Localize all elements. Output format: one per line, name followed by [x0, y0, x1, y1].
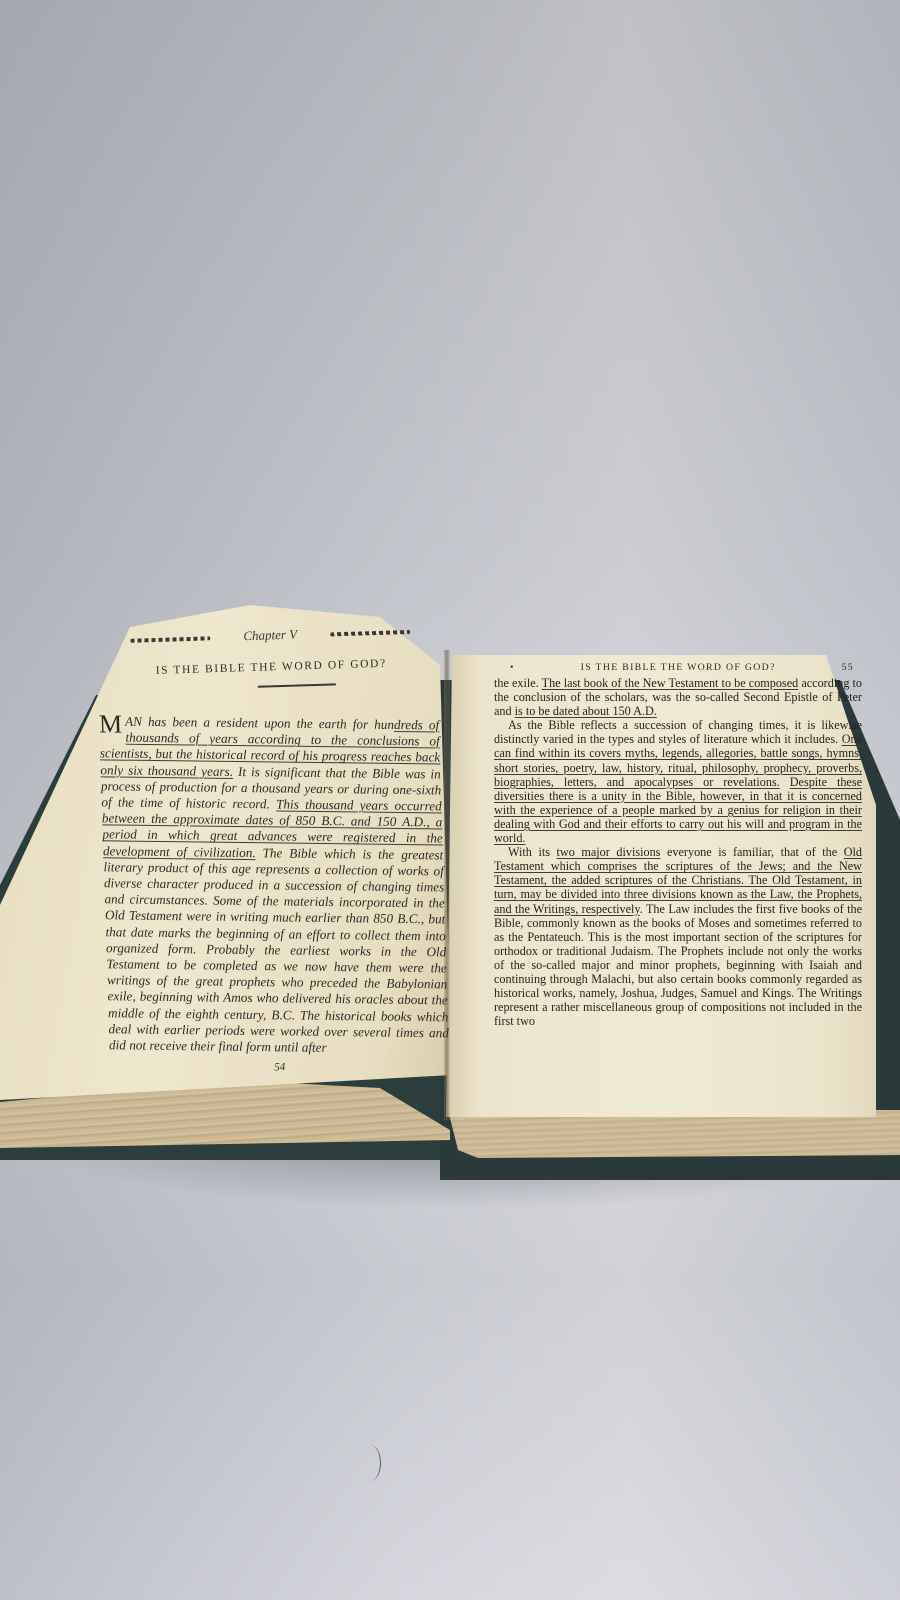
page-number-right: 55 [842, 662, 854, 673]
page-edges-right [448, 1110, 900, 1160]
hair-strand [360, 1445, 381, 1481]
text-run: As the Bible reflects a succession of ch… [494, 718, 862, 746]
text-run: the exile. [494, 676, 542, 690]
text-run [780, 775, 790, 789]
underlined-text: The last book of the New Testament to be… [542, 676, 799, 690]
text-run: AN has been a resident upon the earth fo… [125, 713, 394, 731]
chapter-title: IS THE BIBLE THE WORD OF GOD? [101, 656, 441, 679]
paragraph: As the Bible reflects a succession of ch… [494, 718, 862, 845]
left-paragraph: AN has been a resident upon the earth fo… [100, 713, 449, 1054]
drop-cap: M [99, 713, 123, 735]
underlined-text: is to be dated about 150 A.D. [515, 704, 657, 718]
left-page-body: M AN has been a resident upon the earth … [99, 713, 450, 1057]
underlined-text: two major divisions [557, 845, 661, 859]
paragraph: With its two major divisions everyone is… [494, 845, 862, 1028]
text-run: everyone is familiar, that of the [660, 845, 843, 859]
running-head-mark: • [510, 662, 515, 673]
text-run: . The Law includes the first five books … [494, 902, 862, 1029]
text-run: With its [508, 845, 557, 859]
left-page-content: Chapter V IS THE BIBLE THE WORD OF GOD? … [60, 622, 454, 1079]
paragraph: the exile. The last book of the New Test… [494, 676, 862, 718]
right-page-content: • IS THE BIBLE THE WORD OF GOD? 55 the e… [494, 662, 862, 1028]
text-run: The Bible which is the greatest literary… [103, 844, 449, 1054]
right-page-body: the exile. The last book of the New Test… [494, 676, 862, 1028]
running-head: • IS THE BIBLE THE WORD OF GOD? 55 [494, 662, 862, 673]
title-rule [258, 683, 336, 687]
running-head-title: IS THE BIBLE THE WORD OF GOD? [581, 662, 776, 673]
